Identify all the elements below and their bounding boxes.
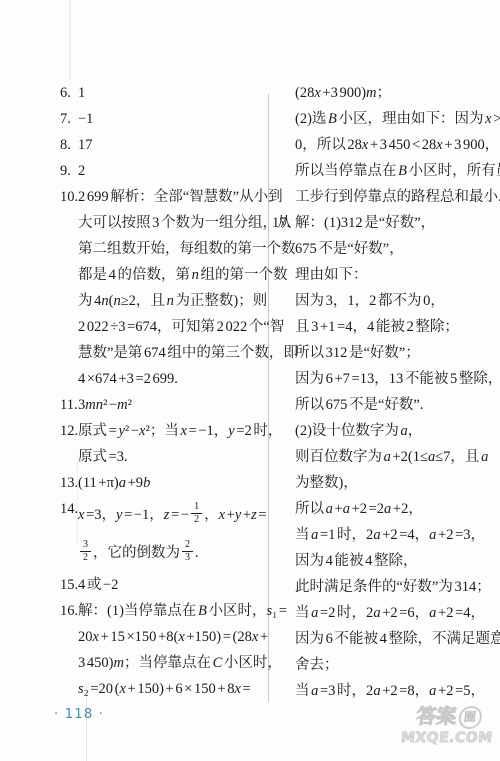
- answer-item: 9.2: [60, 158, 272, 184]
- right-column: (28x +3 900)m；(2)选 B 小区，理由如下：因为 x >0，所以 …: [272, 80, 500, 704]
- answer-line: 大可以按照 3 个数为一组分组，从: [78, 210, 272, 236]
- answer-item: 15.4 或 −2: [60, 572, 272, 598]
- answer-item: (28x +3 900)m；(2)选 B 小区，理由如下：因为 x >0，所以 …: [272, 80, 500, 210]
- fraction: 32: [80, 539, 91, 564]
- item-number: 12.: [60, 418, 78, 444]
- item-number: 9.: [60, 158, 71, 184]
- watermark: 答案圈 MXQE.COM: [396, 704, 500, 747]
- fraction: 12: [191, 501, 202, 526]
- answer-line: (28x +3 900)m；: [295, 80, 500, 106]
- answer-line: 所以 312 是“好数”；: [295, 340, 500, 366]
- scan-crease: [69, 0, 71, 80]
- answer-line: 2 699 解析：全部“智慧数”从小到: [78, 184, 272, 210]
- answer-line: 所以当停靠点在 B 小区时，所有员: [295, 158, 500, 184]
- answer-item: 11.3mn² −m²: [60, 392, 272, 418]
- answer-item: 8.17: [60, 132, 272, 158]
- answer-line: 理由如下：: [295, 262, 500, 288]
- answer-item: 12.原式 = y² −x²；当 x = −1，y =2 时，原式 =3.: [60, 418, 272, 470]
- watermark-logo-text: 答案: [415, 704, 458, 728]
- answer-line: 20x + 15 ×150 +8(x +150) = (28x +: [78, 624, 272, 650]
- answer-line: 17: [78, 132, 272, 158]
- answer-line: 32，它的倒数为23.: [78, 534, 272, 572]
- item-number: 11.: [60, 392, 78, 418]
- book-page: 6.17.−18.179.210.2 699 解析：全部“智慧数”从小到大可以按…: [0, 0, 500, 761]
- answer-line: 1: [78, 80, 272, 106]
- answer-line: 675 不是“好数”，: [295, 236, 500, 262]
- answer-line: 解：(1)当停靠点在 B 小区时，s₁ =: [78, 598, 272, 624]
- answer-line: 则百位数字为 a +2(1≤a≤7，且 a: [295, 444, 500, 470]
- answer-item: 13.(11 +π)a +9b: [60, 470, 272, 496]
- answer-line: s₂ =20 (x + 150) + 6 × 150 + 8x =: [78, 676, 272, 702]
- answer-line: 因为 6 不能被 4 整除，不满足题意，: [295, 626, 500, 652]
- answer-line: 第二组数开始，每组数的第一个数: [78, 236, 272, 262]
- answer-line: (2)选 B 小区，理由如下：因为 x >: [295, 106, 500, 132]
- answer-line: 原式 =3.: [78, 444, 272, 470]
- answer-line: 0，所以 28x + 3 450 < 28x + 3 900，: [295, 132, 500, 158]
- answer-item: 17.解：(1)312 是“好数”，675 不是“好数”，理由如下：因为 3，1…: [272, 210, 500, 704]
- item-number: 13.: [60, 470, 78, 496]
- page-number: · 118 ·: [54, 706, 104, 722]
- watermark-logo: 答案圈: [398, 704, 500, 729]
- answer-line: −1: [78, 106, 272, 132]
- answer-line: 此时满足条件的“好数”为 314；: [295, 574, 500, 600]
- answer-line: 当 a =1 时，2a +2 =4，a +2 =3，: [295, 522, 500, 548]
- answer-line: (11 +π)a +9b: [78, 470, 272, 496]
- answer-line: x =3，y = −1，z = −12，x +y +z =: [78, 496, 272, 534]
- item-number: 16.: [60, 598, 78, 624]
- answer-line: 都是 4 的倍数，第 n 组的第一个数: [78, 262, 272, 288]
- watermark-site: MXQE.COM: [396, 729, 498, 747]
- answer-line: 3 450)m；当停靠点在 C 小区时，: [78, 650, 272, 676]
- answer-line: 因为 4 能被 4 整除，: [295, 548, 500, 574]
- answer-line: 2 022 ÷3 =674，可知第 2 022 个“智: [78, 314, 272, 340]
- answer-item: 10.2 699 解析：全部“智慧数”从小到大可以按照 3 个数为一组分组，从第…: [60, 184, 272, 392]
- answer-line: 为 4n(n≥2，且 n 为正整数)；则: [78, 288, 272, 314]
- answer-item: 6.1: [60, 80, 272, 106]
- item-number: 15.: [60, 572, 78, 598]
- answer-line: 原式 = y² −x²；当 x = −1，y =2 时，: [78, 418, 272, 444]
- answer-line: 当 a =3 时，2a +2 =8，a +2 =5，: [295, 678, 500, 704]
- answer-line: 为整数)，: [295, 470, 500, 496]
- answer-line: 且 3 +1 =4，4 能被 2 整除；: [295, 314, 500, 340]
- item-number: 6.: [60, 80, 71, 106]
- answer-line: (2)设十位数字为 a，: [295, 418, 500, 444]
- item-number: 7.: [60, 106, 71, 132]
- answer-line: 4 或 −2: [78, 572, 272, 598]
- answer-line: 当 a =2 时，2a +2 =6，a +2 =4，: [295, 600, 500, 626]
- left-column: 6.17.−18.179.210.2 699 解析：全部“智慧数”从小到大可以按…: [60, 80, 272, 702]
- answer-line: 工步行到停靠点的路程总和最小.: [295, 184, 500, 210]
- answer-line: 4 ×674 +3 =2 699.: [78, 366, 272, 392]
- fraction: 23: [182, 539, 193, 564]
- answer-line: 所以 a +a +2 =2a +2，: [295, 496, 500, 522]
- watermark-circle-icon: 圈: [457, 706, 482, 729]
- answer-item: 16.解：(1)当停靠点在 B 小区时，s₁ =20x + 15 ×150 +8…: [60, 598, 272, 702]
- item-number: 17.: [272, 210, 290, 236]
- answer-line: 慧数”是第 674 组中的第三个数，即: [78, 340, 272, 366]
- item-number: 8.: [60, 132, 71, 158]
- answer-line: 解：(1)312 是“好数”，: [295, 210, 500, 236]
- answer-line: 因为 6 +7 =13，13 不能被 5 整除，: [295, 366, 500, 392]
- answer-line: 所以 675 不是“好数”.: [295, 392, 500, 418]
- item-number: 14.: [60, 496, 78, 522]
- answer-line: 舍去；: [295, 652, 500, 678]
- answer-item: 14.x =3，y = −1，z = −12，x +y +z =32，它的倒数为…: [60, 496, 272, 572]
- item-number: 10.: [60, 184, 78, 210]
- answer-line: 因为 3，1，2 都不为 0，: [295, 288, 500, 314]
- answer-line: 3mn² −m²: [78, 392, 272, 418]
- answer-line: 2: [78, 158, 272, 184]
- answer-item: 7.−1: [60, 106, 272, 132]
